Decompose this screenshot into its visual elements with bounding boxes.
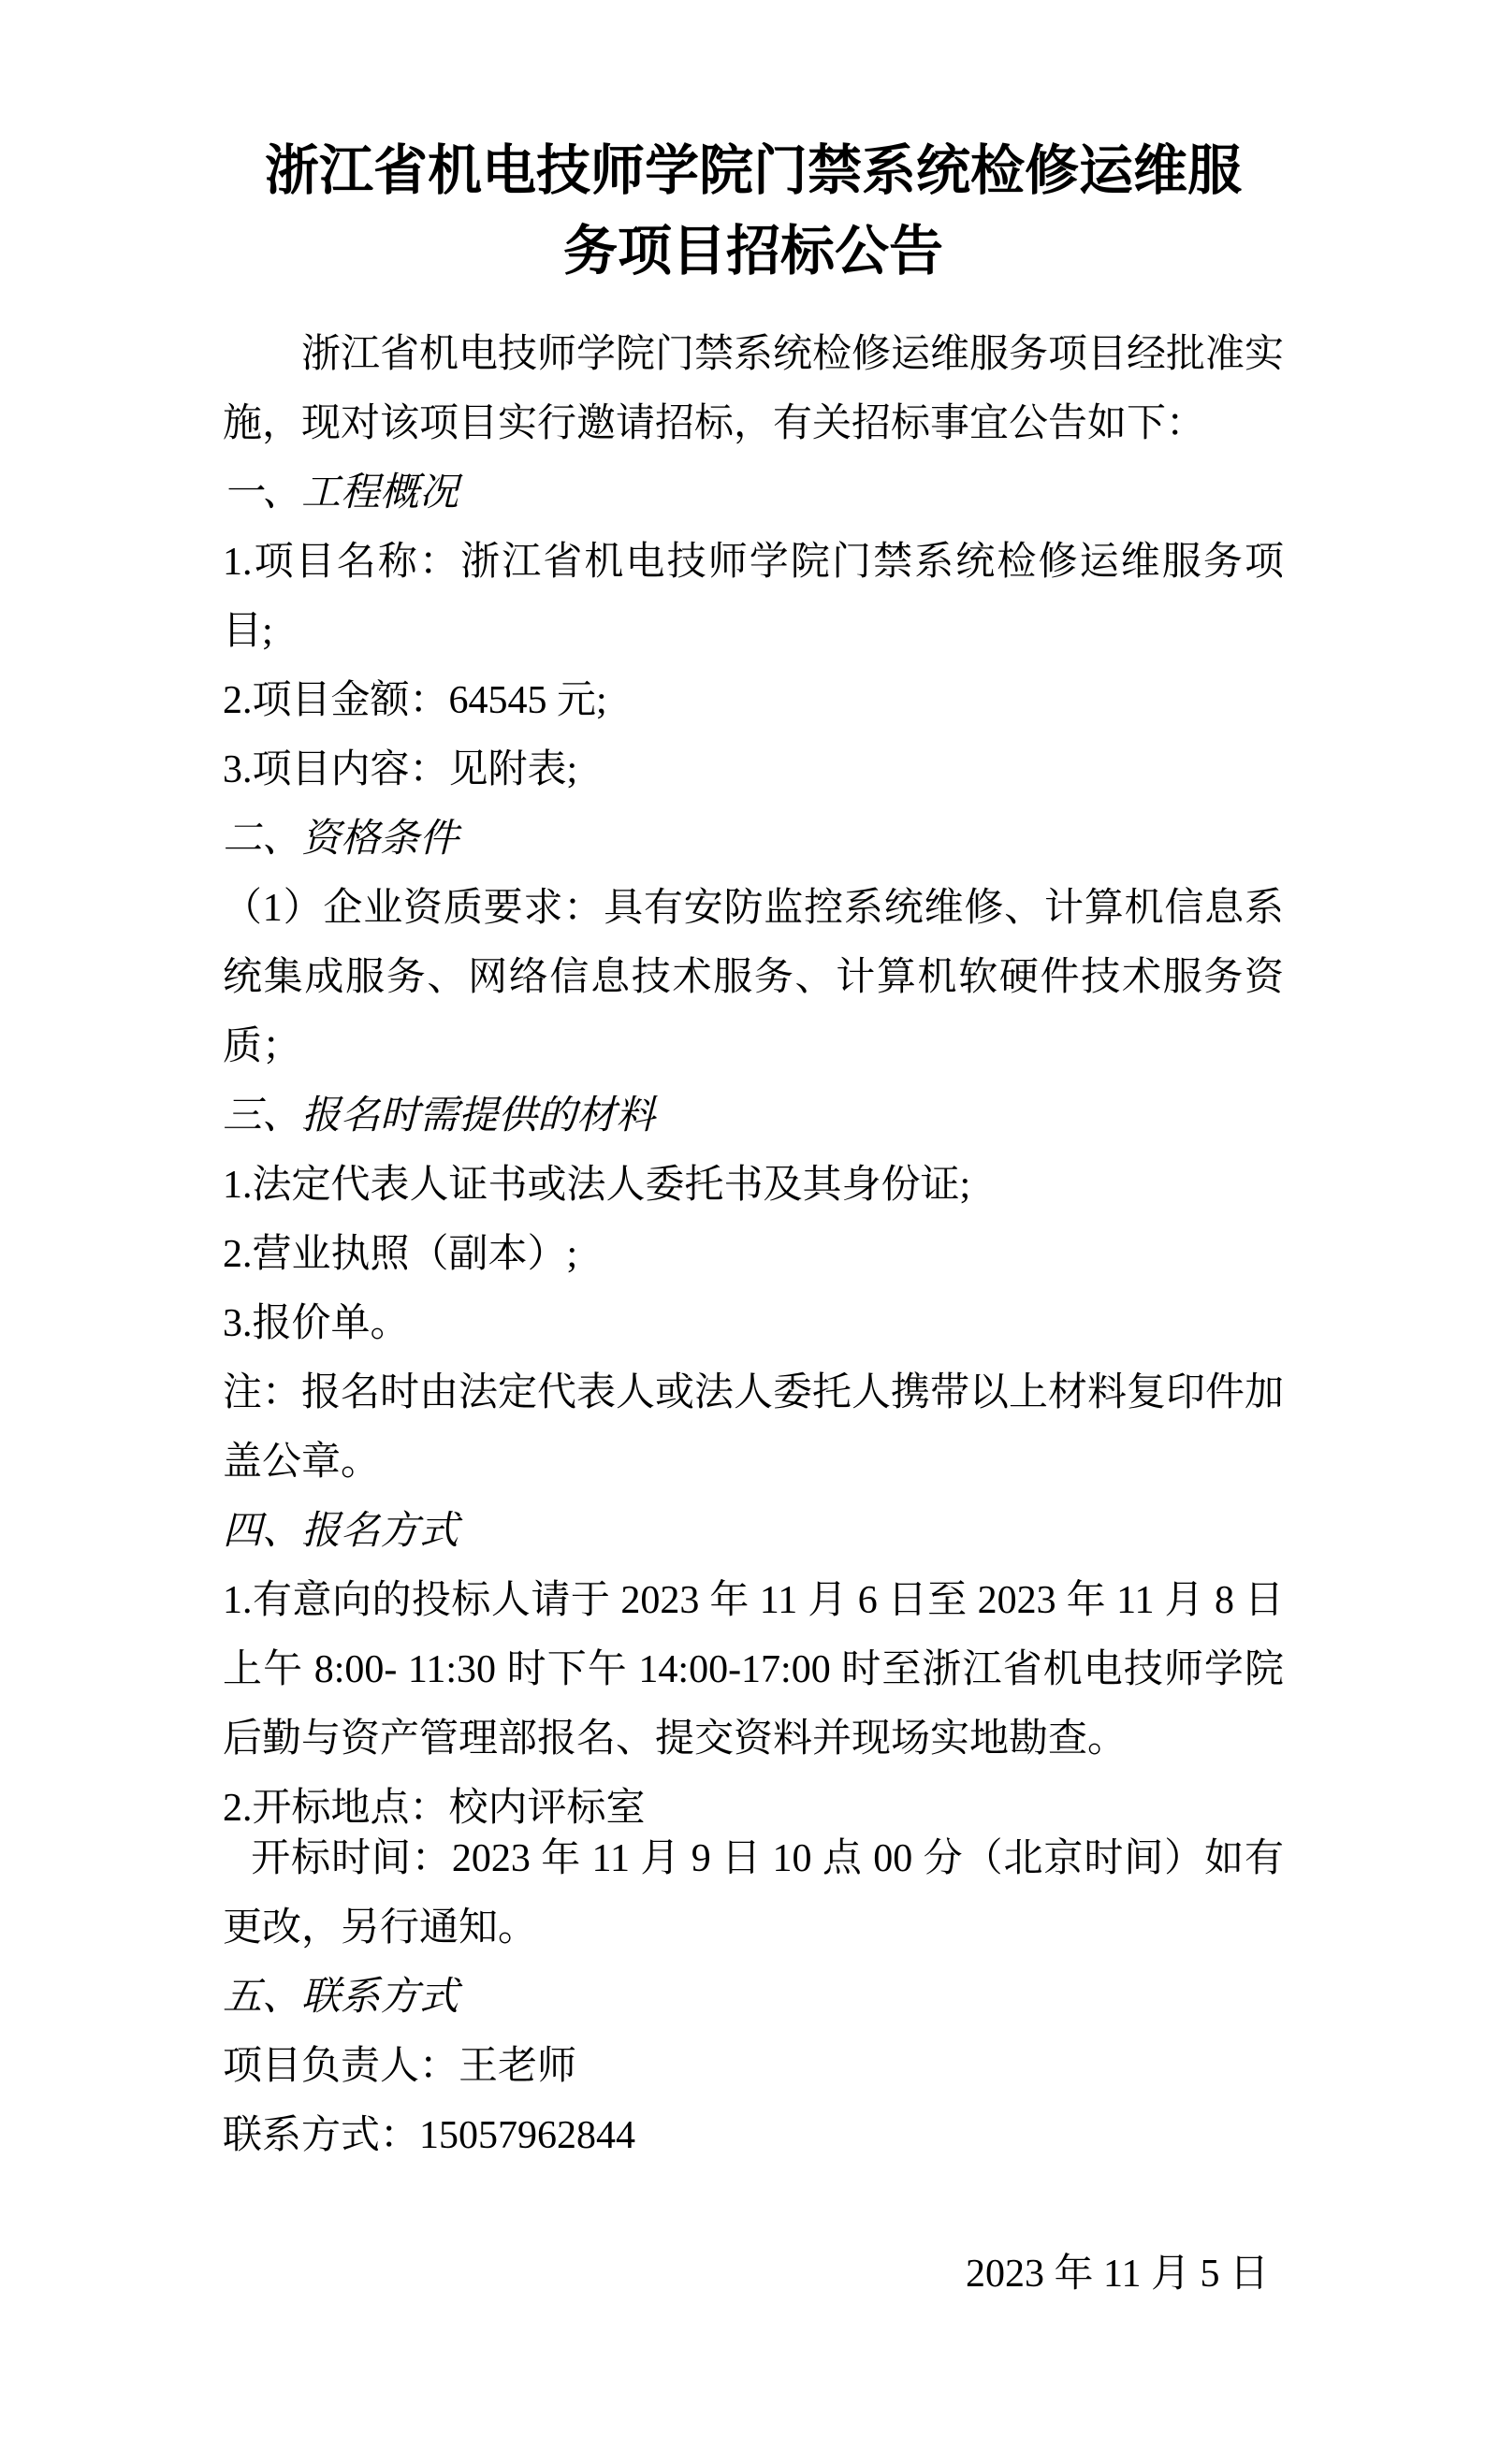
section-heading: 一、工程概况	[223, 458, 1284, 528]
document-title: 浙江省机电技师学院门禁系统检修运维服务项目招标公告	[252, 131, 1255, 292]
paragraph: 1.项目名称：浙江省机电技师学院门禁系统检修运维服务项目;	[223, 528, 1284, 666]
paragraph: 2.营业执照（副本）;	[223, 1220, 1284, 1289]
document-content: 浙江省机电技师学院门禁系统检修运维服务项目招标公告 浙江省机电技师学院门禁系统检…	[223, 131, 1284, 2309]
document-body: 浙江省机电技师学院门禁系统检修运维服务项目经批准实施，现对该项目实行邀请招标，有…	[223, 320, 1284, 2170]
paragraph: 联系方式：15057962844	[223, 2101, 1284, 2170]
publish-date: 2023 年 11 月 5 日	[223, 2239, 1284, 2309]
paragraph: 注：报名时由法定代表人或法人委托人携带以上材料复印件加盖公章。	[223, 1358, 1284, 1497]
section-heading: 二、资格条件	[223, 804, 1284, 874]
paragraph: 项目负责人：王老师	[223, 2032, 1284, 2101]
paragraph: 2.项目金额：64545 元;	[223, 666, 1284, 735]
section-heading: 四、报名方式	[223, 1497, 1284, 1566]
paragraph: 3.项目内容：见附表;	[223, 735, 1284, 804]
paragraph: 开标时间：2023 年 11 月 9 日 10 点 00 分（北京时间）如有更改…	[223, 1824, 1284, 1963]
paragraph: 3.报价单。	[223, 1289, 1284, 1358]
section-heading: 三、报名时需提供的材料	[223, 1081, 1284, 1151]
paragraph: （1）企业资质要求：具有安防监控系统维修、计算机信息系统集成服务、网络信息技术服…	[223, 874, 1284, 1081]
paragraph: 1.法定代表人证书或法人委托书及其身份证;	[223, 1151, 1284, 1220]
document-page: 浙江省机电技师学院门禁系统检修运维服务项目招标公告 浙江省机电技师学院门禁系统检…	[0, 0, 1485, 2464]
paragraph: 浙江省机电技师学院门禁系统检修运维服务项目经批准实施，现对该项目实行邀请招标，有…	[223, 320, 1284, 458]
section-heading: 五、联系方式	[223, 1963, 1284, 2032]
paragraph: 1.有意向的投标人请于 2023 年 11 月 6 日至 2023 年 11 月…	[223, 1566, 1284, 1774]
